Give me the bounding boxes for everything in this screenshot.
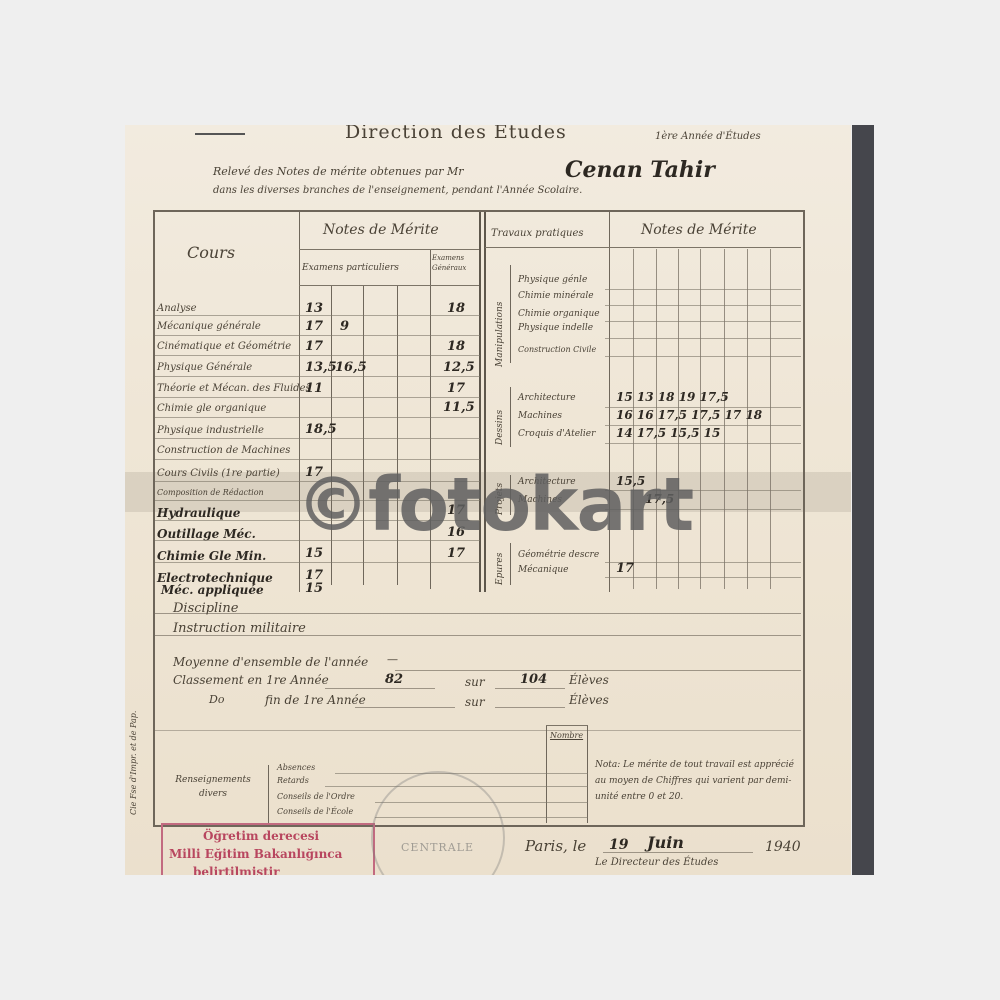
scan-dark-edge (852, 125, 874, 875)
row-rule (605, 577, 801, 578)
divider (770, 249, 771, 589)
row-rule (495, 688, 565, 689)
intro-line-2: dans les diverses branches de l'enseigne… (213, 185, 582, 196)
row-rule (605, 289, 801, 290)
subject-label: Physique industrielle (157, 425, 264, 436)
row-rule (605, 443, 801, 444)
mark-cell: 17 (305, 319, 323, 334)
mark-cell: 18,5 (305, 422, 337, 437)
round-stamp-text: CENTRALE (401, 841, 474, 854)
col-general: Examens Généraux (432, 253, 478, 273)
ranking1-value: 82 (385, 672, 403, 687)
row-rule (155, 335, 480, 336)
mark-cell: 17 (305, 339, 323, 354)
subject-label: Construction de Machines (157, 445, 290, 456)
nota-text: Nota: Le mérite de tout travail est appr… (595, 757, 795, 805)
subject-label: Cinématique et Géométrie (157, 341, 291, 352)
mark-cell: 9 (340, 319, 349, 334)
tp-label: Construction Civile (518, 345, 596, 354)
mark-cell: 13 (305, 301, 323, 316)
subject-label: Composition de Rédaction (157, 488, 264, 497)
students-label-2: Élèves (569, 693, 609, 707)
row-rule (155, 315, 480, 316)
col-notes-right: Notes de Mérite (641, 222, 757, 238)
col-notes-left: Notes de Mérite (323, 222, 439, 238)
subject-label: Analyse (157, 303, 197, 314)
tp-marks: 16 16 17,5 17,5 17 18 (616, 408, 762, 422)
red-stamp-line-1: Öğretim derecesi (203, 829, 319, 843)
tp-label: Chimie organique (518, 309, 600, 319)
row-rule (155, 355, 480, 356)
red-stamp: Öğretim derecesi Milli Eğitim Bakanlığın… (161, 823, 375, 875)
printer-side-note: Cie Fse d'Impr. et de Pap. (129, 711, 138, 815)
misc-item: Retards (277, 776, 309, 785)
row-rule (605, 356, 801, 357)
mark-cell: 15 (305, 546, 323, 561)
subject-label: Outillage Méc. (157, 527, 256, 541)
discipline-label: Discipline (173, 601, 238, 616)
general-mark: 11,5 (443, 400, 475, 415)
subject-label: Méc. appliquée (161, 583, 264, 597)
mark-cell: 13,5 (305, 360, 337, 375)
general-mark: 17 (447, 381, 465, 396)
count-header: Nombre (550, 731, 583, 740)
mark-cell: 15 (305, 581, 323, 596)
student-name: Cenan Tahir (565, 157, 715, 183)
general-mark: 12,5 (443, 360, 475, 375)
count-column-divider (546, 725, 547, 823)
out-of-label: sur (465, 675, 485, 689)
header-dash (195, 133, 245, 135)
ranking1-total: 104 (520, 672, 547, 687)
row-rule (605, 562, 801, 563)
date-year: 1940 (765, 839, 801, 855)
col-courses: Cours (187, 243, 235, 262)
ranking2-label: fin de 1re Année (265, 693, 366, 707)
out-of-label-2: sur (465, 695, 485, 709)
watermark: ©fotokart (296, 462, 692, 548)
divider (546, 725, 588, 726)
row-rule (495, 707, 565, 708)
students-label: Élèves (569, 673, 609, 687)
year-label: 1ère Année d'Études (655, 131, 761, 142)
subject-label: Chimie gle organique (157, 403, 266, 414)
row-rule (155, 438, 480, 439)
group-label-epures: Epures (495, 553, 505, 585)
tp-label: Géométrie descre (518, 550, 599, 560)
subject-label: Mécanique générale (157, 321, 261, 332)
misc-item: Conseils de l'Ordre (277, 792, 355, 801)
date-month: Juin (647, 833, 684, 852)
mark-cell: 16,5 (335, 360, 367, 375)
tp-label: Machines (518, 411, 562, 421)
intro-line-1: Relevé des Notes de mérite obtenues par … (213, 165, 464, 178)
signature-title: Le Directeur des Études (595, 857, 718, 868)
row-rule (395, 670, 801, 671)
tp-label: Architecture (518, 393, 576, 403)
tp-label: Chimie minérale (518, 291, 594, 301)
row-rule (155, 459, 480, 460)
tp-marks: 17 (616, 561, 634, 576)
row-rule (155, 613, 801, 614)
col-travaux: Travaux pratiques (491, 228, 584, 239)
row-rule (355, 707, 455, 708)
count-column-divider (587, 725, 588, 823)
tp-marks: 14 17,5 15,5 15 (616, 426, 720, 440)
col-particular: Examens particuliers (302, 263, 399, 273)
tp-label: Croquis d'Atelier (518, 429, 595, 439)
row-rule (325, 688, 435, 689)
average-label: Moyenne d'ensemble de l'année (173, 655, 368, 669)
general-mark: 17 (447, 546, 465, 561)
red-stamp-line-3: belirtilmiştir (193, 865, 280, 875)
group-bracket (510, 543, 511, 585)
date-day: 19 (609, 837, 628, 853)
subject-label: Chimie Gle Min. (157, 549, 266, 563)
row-rule (605, 321, 801, 322)
group-bracket (510, 265, 511, 363)
ranking1-label: Classement en 1re Année (173, 673, 329, 687)
divider (299, 249, 479, 250)
tp-label: Physique génle (518, 275, 587, 285)
general-mark: 18 (447, 339, 465, 354)
row-rule (605, 305, 801, 306)
average-value: — (387, 653, 398, 666)
row-rule (155, 562, 480, 563)
divider (268, 765, 269, 823)
row-rule (155, 397, 480, 398)
mark-cell: 11 (305, 381, 323, 396)
row-rule (155, 417, 480, 418)
place-date-prefix: Paris, le (525, 837, 586, 855)
subject-label: Hydraulique (157, 506, 240, 520)
misc-section-label: Renseignements divers (163, 773, 263, 801)
divider (485, 247, 801, 248)
red-stamp-line-2: Milli Eğitim Bakanlığınca (169, 847, 342, 861)
row-rule (155, 730, 801, 731)
general-mark: 18 (447, 301, 465, 316)
misc-item: Absences (277, 763, 315, 772)
subject-label: Cours Civils (1re partie) (157, 468, 280, 479)
row-rule (605, 338, 801, 339)
military-label: Instruction militaire (173, 621, 306, 636)
group-label-manipulations: Manipulations (495, 302, 505, 367)
subject-label: Physique Générale (157, 362, 252, 373)
divider (299, 285, 479, 286)
group-bracket (510, 387, 511, 447)
subject-label: Théorie et Mécan. des Fluides (157, 383, 311, 394)
tp-label: Mécanique (518, 565, 569, 575)
tp-label: Physique indelle (518, 323, 593, 333)
ranking2-prefix: Do (209, 693, 224, 706)
group-label-dessins: Dessins (495, 410, 505, 445)
misc-item: Conseils de l'École (277, 807, 353, 816)
header-title: Direction des Études (345, 125, 567, 143)
row-rule (155, 376, 480, 377)
tp-marks: 15 13 18 19 17,5 (616, 390, 729, 404)
row-rule (335, 773, 588, 774)
